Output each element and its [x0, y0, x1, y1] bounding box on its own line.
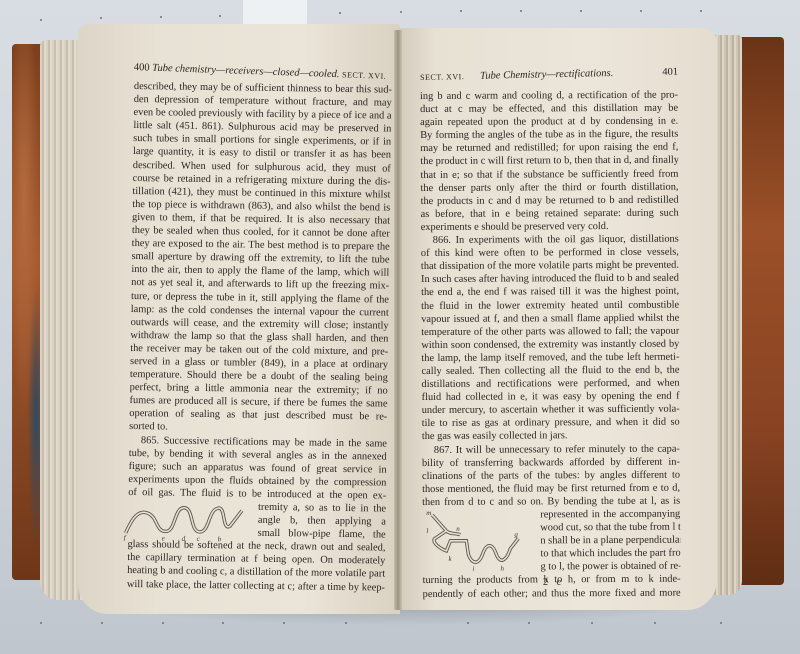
text-line: the denser parts only after the third or…: [420, 180, 678, 194]
background-dot: [40, 19, 42, 21]
background-dot: [339, 12, 341, 14]
text-line: that dissipation of the more volatile pa…: [421, 259, 679, 273]
left-page-text: described, they may be of sufficient thi…: [127, 80, 392, 594]
text-line: may be returned and redistilled; for upo…: [420, 141, 678, 155]
signature-mark: 2 c: [543, 577, 564, 588]
text-line: fluid had collected in e, it was easy by…: [422, 390, 680, 404]
left-page-number: 400: [134, 62, 150, 74]
text-line: the products in c and d may be returned …: [421, 193, 679, 207]
svg-text:f: f: [124, 534, 127, 542]
paragraph-867-start: 867. It will be unnecessary to refer min…: [422, 442, 680, 456]
svg-text:m: m: [426, 509, 431, 517]
text-line: of this kind were often to be performed …: [421, 246, 679, 260]
right-page-text: ing b and c warm and cooling d, a rectif…: [420, 89, 681, 601]
text-line: the lamp, the lamp itself removed, and t…: [421, 351, 679, 365]
background-dot: [640, 10, 642, 12]
bent-tube-figure-1: f e d c b: [122, 499, 247, 543]
text-line: the fluid in the lower extremity heated …: [421, 298, 679, 312]
text-line: n shall be in a plane perpendicular: [540, 534, 680, 548]
text-line: cally sealed. Then collecting all the fl…: [421, 364, 679, 378]
text-line: under mercury, to ascertain whether it w…: [422, 403, 680, 417]
background-dot: [400, 11, 402, 13]
background-dot: [460, 10, 462, 12]
text-line: that in e; so that if the substance be s…: [420, 167, 678, 181]
text-line: duct at c may be effected, and this dist…: [420, 102, 678, 116]
text-line: to that which includes the part from: [540, 547, 680, 561]
background-dot: [700, 10, 702, 12]
svg-text:k: k: [448, 555, 452, 563]
text-line: again repeated upon the product at d by …: [420, 115, 678, 129]
svg-text:g: g: [514, 530, 518, 538]
svg-text:l: l: [426, 527, 428, 535]
background-dot: [219, 15, 221, 17]
text-line: represented in the accompanying: [540, 508, 680, 522]
background-dot: [40, 622, 42, 624]
background-dot: [160, 16, 162, 18]
text-line: as before, that in e being retained sepa…: [421, 206, 679, 220]
text-line: those mentioned, the fluid may be first …: [422, 481, 680, 495]
svg-text:h: h: [500, 565, 504, 573]
text-line: tile to rise as gas at ordinary pressure…: [422, 416, 680, 430]
text-line: within soon condensed, the extremity was…: [421, 337, 679, 351]
text-line: the end a, the end f was raised till it …: [421, 285, 679, 299]
text-line: experiments e should be preserved very c…: [421, 220, 679, 234]
svg-text:i: i: [472, 565, 474, 573]
right-section-label: SECT. XVI.: [420, 72, 464, 82]
right-page-number: 401: [662, 67, 678, 78]
text-line: wood cut, so that the tube from l to: [540, 521, 680, 535]
text-line: clinations of the parts of the tubes: by…: [422, 468, 680, 482]
text-line: g to l, the power is obtained of re-: [540, 560, 680, 574]
svg-text:c: c: [197, 535, 201, 543]
left-section-label: SECT. XVI.: [342, 70, 386, 81]
svg-text:d: d: [182, 535, 186, 543]
svg-text:n: n: [456, 525, 460, 533]
background-dot: [580, 10, 582, 12]
svg-text:b: b: [218, 535, 222, 542]
text-line: vapour issued at f, and then a small fla…: [421, 311, 679, 325]
text-line: By forming the angles of the tube as in …: [420, 128, 678, 142]
text-line: pendently of each other; and thus the mo…: [423, 586, 681, 600]
text-line: then from d to c and so on. By bending t…: [422, 495, 680, 509]
text-line: the product in c will first return to b,…: [420, 154, 678, 168]
background-dot: [100, 17, 102, 19]
paragraph-866-start: 866. In experiments with the oil gas liq…: [421, 233, 679, 247]
text-line: bility of transferring backwards afforde…: [422, 455, 680, 469]
text-line: the gas was easily collected in jars.: [422, 429, 680, 443]
text-line: distillations and rectifications were pe…: [422, 377, 680, 391]
text-line: temperature of the other parts was allow…: [421, 324, 679, 338]
svg-text:e: e: [162, 534, 165, 542]
book-gutter: [394, 30, 402, 610]
background-dot: [520, 10, 522, 12]
text-line: ing b and c warm and cooling d, a rectif…: [420, 89, 678, 103]
bent-tube-figure-2: m l n g k i h: [426, 508, 522, 575]
text-line: In such cases after having introduced th…: [421, 272, 679, 286]
paper-slip: [243, 0, 307, 26]
